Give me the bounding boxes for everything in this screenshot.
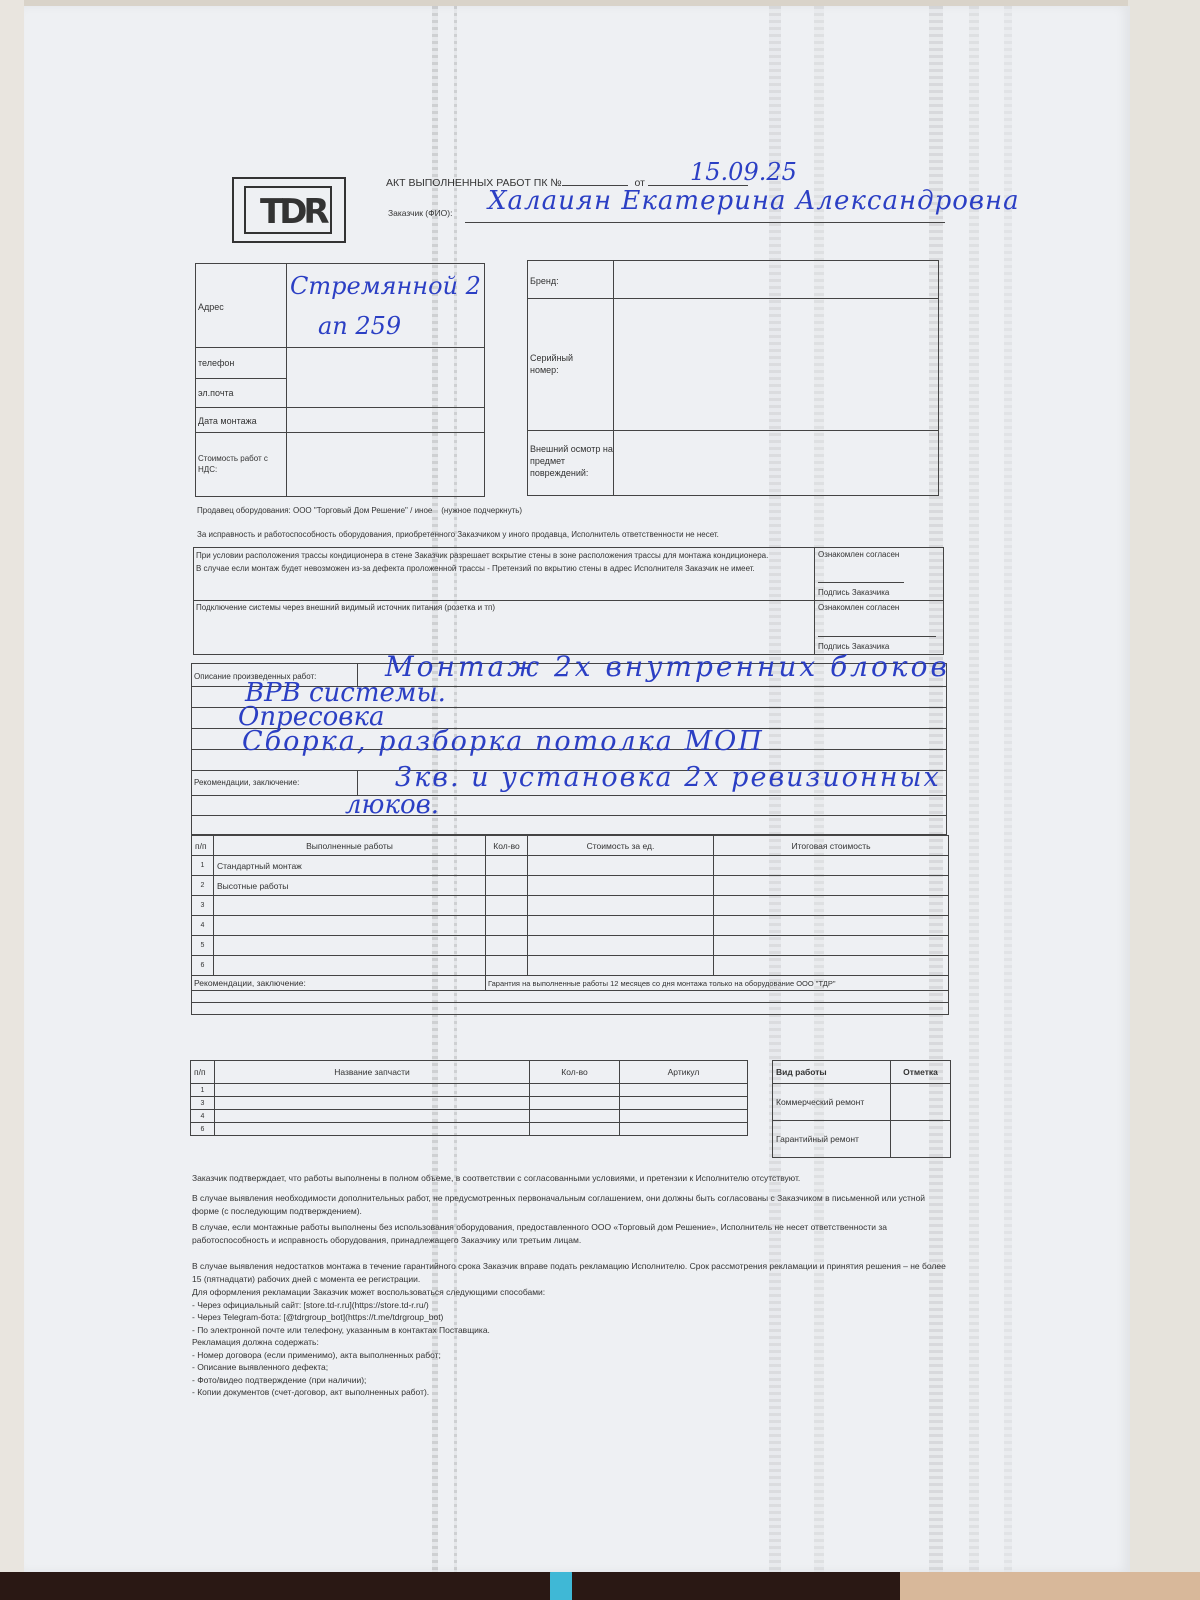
table-row: 3 [192,896,949,916]
table-cell[interactable]: 1 [192,856,214,876]
background-surface [0,0,24,1600]
customer-underline [465,222,945,223]
table-cell[interactable] [214,916,486,936]
work-description-line[interactable]: 3кв. и установка 2х ревизионных [395,762,941,793]
email-label: эл.почта [198,388,234,398]
table-cell[interactable] [530,1123,620,1136]
footer-claim-methods: Для оформления рекламации Заказчик может… [192,1286,952,1399]
parts-table: п/пНазвание запчастиКол-воАртикул1346 [190,1060,747,1136]
table-cell[interactable] [714,896,949,916]
table-cell[interactable] [528,936,714,956]
address-label: Адрес [198,302,224,312]
table-row: 4 [192,916,949,936]
table-cell[interactable] [215,1110,530,1123]
table-cell[interactable] [215,1123,530,1136]
table-cell[interactable] [486,856,528,876]
print-streak [969,6,979,1572]
company-logo: TDR [232,177,346,243]
footer-list-item: - Через официальный сайт: [store.td-r.ru… [192,1299,952,1312]
background-table [900,1572,1200,1600]
table-row: 2Высотные работы [192,876,949,896]
table-cell[interactable] [714,856,949,876]
column-header: Вид работы [773,1061,891,1084]
brand-label: Бренд: [530,276,559,286]
pen-cap [550,1570,572,1600]
footer-confirmation: Заказчик подтверждает, что работы выполн… [192,1172,952,1185]
table-cell[interactable] [486,956,528,976]
work-description-line[interactable]: Монтаж 2х внутренних блоков [385,650,950,683]
signature-line[interactable] [818,582,904,583]
table-cell[interactable] [620,1123,748,1136]
footer-warranty-claim: В случае выявления недостатков монтажа в… [192,1260,952,1285]
table-cell[interactable] [214,956,486,976]
table-row: Коммерческий ремонт [773,1084,951,1121]
table-cell[interactable] [486,936,528,956]
table-header-row: п/пВыполненные работыКол-воСтоимость за … [192,836,949,856]
table-cell[interactable]: Коммерческий ремонт [773,1084,891,1121]
table-row: 1 [191,1084,748,1097]
table-cell[interactable] [530,1110,620,1123]
address-value-line2[interactable]: ап 259 [318,312,401,340]
divider [195,347,485,348]
column-header: Выполненные работы [214,836,486,856]
table-header-row: п/пНазвание запчастиКол-воАртикул [191,1061,748,1084]
table-cell[interactable] [215,1084,530,1097]
footer-list-item: Рекламация должна содержать: [192,1336,952,1349]
table-cell[interactable] [714,876,949,896]
serial-label: Серийный номер: [530,352,600,376]
divider [195,432,485,433]
work-description-line[interactable]: Сборка, разборка потолка МОП [242,726,764,757]
install-date-label: Дата монтажа [198,416,257,426]
signature-label: Подпись Заказчика [818,588,889,597]
column-header: п/п [191,1061,215,1084]
address-value-line1[interactable]: Стремянной 2 [290,272,481,300]
column-header: Артикул [620,1061,748,1084]
table-row: 6 [192,956,949,976]
warranty-text: Гарантия на выполненные работы 12 месяце… [486,976,949,991]
table-cell[interactable]: 5 [192,936,214,956]
divider [527,430,939,431]
footer-list-item: - Номер договора (если применимо), акта … [192,1349,952,1362]
table-row: Гарантийный ремонт [773,1121,951,1158]
background-surface [1128,0,1200,1600]
agreement-wall-text: При условии расположения трассы кондицио… [196,550,806,575]
customer-name-handwritten[interactable]: Халаиян Екатерина Александровна [488,186,1020,216]
table-row: 5 [192,936,949,956]
table-cell[interactable]: Стандартный монтаж [214,856,486,876]
blank-row[interactable] [192,991,949,1003]
table-cell[interactable] [714,956,949,976]
recommendations-label: Рекомендации, заключение: [194,778,299,787]
table-cell[interactable] [620,1097,748,1110]
table-cell[interactable]: Высотные работы [214,876,486,896]
recommendations-row: Рекомендации, заключение:Гарантия на вып… [192,976,949,991]
table-row: 1Стандартный монтаж [192,856,949,876]
table-cell[interactable]: 6 [191,1123,215,1136]
table-cell[interactable] [528,856,714,876]
table-cell[interactable] [530,1097,620,1110]
table-cell[interactable]: Гарантийный ремонт [773,1121,891,1158]
table-cell[interactable] [714,916,949,936]
column-header: Кол-во [486,836,528,856]
table-cell[interactable] [620,1084,748,1097]
divider [193,600,944,601]
seller-line: Продавец оборудования: ООО "Торговый Дом… [197,506,522,515]
column-header: Кол-во [530,1061,620,1084]
table-cell[interactable] [891,1084,951,1121]
table-row: 3 [191,1097,748,1110]
blank-row[interactable] [192,1003,949,1015]
customer-label: Заказчик (ФИО): [388,208,452,218]
footer-list-item: - Копии документов (счет-договор, акт вы… [192,1386,952,1399]
seller-disclaimer: За исправность и работоспособность обору… [197,530,719,539]
table-cell[interactable]: 3 [191,1097,215,1110]
print-streak [1004,6,1012,1572]
agreement-power-text: Подключение системы через внешний видимы… [196,603,495,612]
phone-label: телефон [198,358,234,368]
table-cell[interactable] [714,936,949,956]
column-header: Отметка [891,1061,951,1084]
footer-list-item: Для оформления рекламации Заказчик может… [192,1286,952,1299]
footer-equipment-liability: В случае, если монтажные работы выполнен… [192,1221,952,1246]
table-row: 6 [191,1123,748,1136]
table-cell[interactable]: 4 [191,1110,215,1123]
divider [286,263,287,497]
table-header-row: Вид работыОтметка [773,1061,951,1084]
signature-line[interactable] [818,636,936,637]
work-type-table: Вид работыОтметкаКоммерческий ремонтГара… [772,1060,950,1158]
table-cell[interactable] [486,916,528,936]
table-cell[interactable]: 1 [191,1084,215,1097]
table-cell[interactable] [214,896,486,916]
column-header: Итоговая стоимость [714,836,949,856]
agreement-ack: Ознакомлен согласен [818,603,899,612]
table-cell[interactable] [528,916,714,936]
column-header: Название запчасти [215,1061,530,1084]
cost-label: Стоимость работ с НДС: [198,453,278,475]
table-cell[interactable] [486,896,528,916]
table-cell[interactable] [891,1121,951,1158]
divider [527,298,939,299]
table-cell[interactable] [528,956,714,976]
column-header: п/п [192,836,214,856]
column-header: Стоимость за ед. [528,836,714,856]
table-row: 4 [191,1110,748,1123]
divider [814,547,815,655]
works-table: п/пВыполненные работыКол-воСтоимость за … [191,835,948,1015]
table-cell[interactable] [215,1097,530,1110]
footer-list-item: - По электронной почте или телефону, ука… [192,1324,952,1337]
footer-list-item: - Через Telegram-бота: [@tdrgroup_bot](h… [192,1311,952,1324]
table-cell[interactable] [530,1084,620,1097]
table-cell[interactable] [620,1110,748,1123]
inspection-label: Внешний осмотр на предмет повреждений: [530,443,614,479]
table-cell[interactable] [528,896,714,916]
table-cell[interactable]: 4 [192,916,214,936]
rule [191,815,947,816]
rule [191,795,947,796]
footer-list-item: - Описание выявленного дефекта; [192,1361,952,1374]
table-cell[interactable]: 3 [192,896,214,916]
table-cell[interactable]: 2 [192,876,214,896]
recommendations-label: Рекомендации, заключение: [192,976,486,991]
footer-list-item: - Фото/видео подтверждение (при наличии)… [192,1374,952,1387]
act-date-handwritten: 15.09.25 [690,158,797,186]
table-cell[interactable]: 6 [192,956,214,976]
logo-text: TDR [260,192,326,232]
footer-additional-works: В случае выявления необходимости дополни… [192,1192,952,1217]
agreement-ack: Ознакомлен согласен [818,550,899,559]
work-description-line[interactable]: люков. [345,790,439,820]
table-cell[interactable] [528,876,714,896]
table-cell[interactable] [486,876,528,896]
divider [195,407,485,408]
table-cell[interactable] [214,936,486,956]
divider [195,378,287,379]
